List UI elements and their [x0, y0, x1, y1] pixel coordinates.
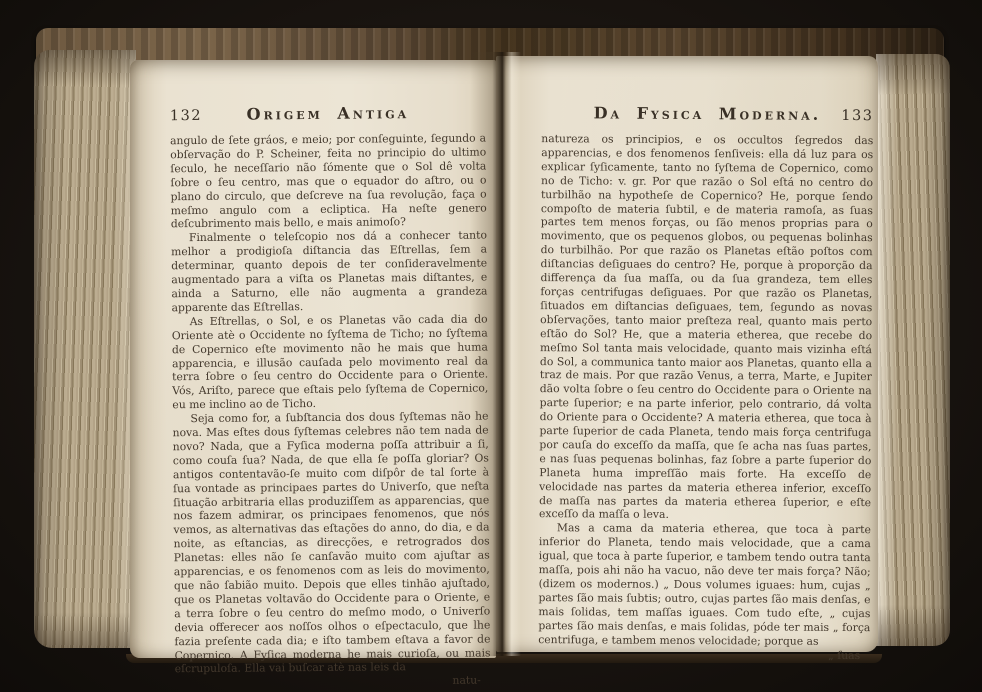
right-page: Da Fysica Moderna. 133 natureza os princ… [496, 56, 878, 652]
right-page-text: natureza os principios, e os occultos ſe… [538, 132, 873, 662]
paragraph: angulo de ſete gráos, e meio; por conſeg… [170, 131, 487, 231]
paragraph: As Eſtrellas, o Sol, e os Planetas vão c… [172, 312, 489, 412]
left-page-header: 132 Origem Antiga [170, 102, 486, 124]
right-page-header: Da Fysica Moderna. 133 [541, 103, 873, 124]
right-page-surface: Da Fysica Moderna. 133 natureza os princ… [494, 55, 880, 653]
left-page-edges [34, 50, 136, 648]
paragraph: Seja como for, a ſubſtancia dos dous ſyſ… [172, 410, 490, 677]
page-number-right: 133 [839, 108, 873, 124]
catchword-left: natu- [175, 674, 491, 691]
left-page-surface: 132 Origem Antiga angulo de ſete gráos, … [127, 58, 498, 659]
paragraph: natureza os principios, e os occultos ſe… [539, 132, 873, 523]
right-page-edges [876, 54, 950, 646]
paragraph: Mas a cama da materia etherea, que toca … [538, 521, 871, 648]
photo-background: 132 Origem Antiga angulo de ſete gráos, … [0, 0, 982, 692]
page-number-left: 132 [170, 108, 204, 124]
left-page-text: angulo de ſete gráos, e meio; por conſeg… [170, 131, 491, 690]
paragraph: Finalmente o teleſcopio nos dá a conhece… [171, 229, 488, 315]
open-book: 132 Origem Antiga angulo de ſete gráos, … [34, 24, 950, 664]
running-title-right: Da Fysica Moderna. [575, 103, 839, 124]
catchword-right: „ ſuas [538, 647, 870, 663]
left-page: 132 Origem Antiga angulo de ſete gráos, … [130, 60, 496, 658]
running-title-left: Origem Antiga [204, 103, 452, 124]
